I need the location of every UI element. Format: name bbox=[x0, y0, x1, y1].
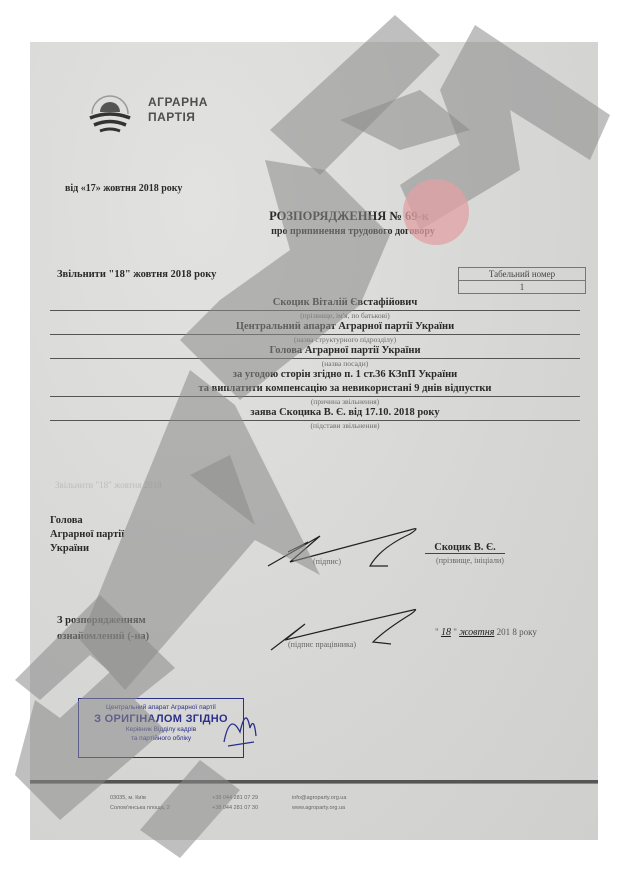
logo-line1: АГРАРНА bbox=[148, 95, 208, 110]
footer-contacts: info@agroparty.org.ua www.agroparty.org.… bbox=[292, 793, 346, 813]
footer-phones: +38 044 281 07 29 +38 044 281 07 30 bbox=[212, 793, 258, 813]
role-line1: Голова bbox=[50, 514, 124, 528]
address-line1: 03035, м. Київ bbox=[110, 793, 170, 803]
signatory-role: Голова Аграрної партії України bbox=[50, 514, 124, 556]
acknowledgement-date: " 18 " жовтня 201 8 року bbox=[435, 627, 537, 638]
order-title: РОЗПОРЯДЖЕННЯ № 69-к bbox=[30, 209, 598, 224]
role-line2: Аграрної партії bbox=[50, 528, 124, 542]
tab-number-label: Табельний номер bbox=[459, 268, 585, 280]
signatory-surname: Скоцик В. Є. bbox=[425, 542, 505, 554]
role-line3: України bbox=[50, 542, 124, 556]
employee-signature-caption: (підпис працівника) bbox=[288, 640, 356, 649]
field-value: Голова Аграрної партії України bbox=[50, 344, 580, 359]
logo-text: АГРАРНА ПАРТІЯ bbox=[148, 95, 208, 125]
logo-line2: ПАРТІЯ bbox=[148, 110, 208, 125]
address-line2: Солом'янська площа, 2 bbox=[110, 803, 170, 813]
stamp-line1: Центральний апарат Аграрної партії bbox=[79, 704, 243, 711]
phone-1: +38 044 281 07 29 bbox=[212, 793, 258, 803]
ack-day: 18 bbox=[441, 627, 451, 638]
stamp-line3: Керівник Відділу кадрів bbox=[79, 726, 243, 734]
ack-month: жовтня bbox=[459, 627, 494, 638]
order-subtitle: про припинення трудового договору bbox=[30, 226, 598, 237]
phone-2: +38 044 281 07 30 bbox=[212, 803, 258, 813]
footer-address: 03035, м. Київ Солом'янська площа, 2 bbox=[110, 793, 170, 813]
dismiss-date: Звільнити "18" жовтня 2018 року bbox=[57, 269, 216, 280]
website-link: www.agroparty.org.ua bbox=[292, 803, 346, 813]
field-position: Голова Аграрної партії України (назва по… bbox=[50, 344, 580, 369]
field-value: заява Скоцика В. Є. від 17.10. 2018 року bbox=[50, 406, 580, 421]
stamp-signature bbox=[220, 702, 260, 752]
field-basis: заява Скоцика В. Є. від 17.10. 2018 року… bbox=[50, 406, 580, 431]
surname-caption: (прізвище, ініціали) bbox=[420, 556, 520, 565]
email-link: info@agroparty.org.ua bbox=[292, 793, 346, 803]
signature-caption: (підпис) bbox=[313, 557, 341, 566]
field-value: та виплатити компенсацію за невикористан… bbox=[50, 382, 580, 397]
footer-divider bbox=[30, 780, 598, 784]
field-value-line1: за угодою сторін згідно п. 1 ст.36 КЗпП … bbox=[50, 368, 580, 382]
faint-bleed-text: Звільнити "18" жовтня 2018 bbox=[55, 480, 162, 490]
ack-line1: З розпорядженням bbox=[57, 613, 149, 629]
field-department: Центральний апарат Аграрної партії Украї… bbox=[50, 320, 580, 345]
agrarian-party-logo-icon bbox=[84, 84, 136, 136]
field-full-name: Скоцик Віталій Євстафійович (прізвище, і… bbox=[50, 296, 580, 321]
document-page: АГРАРНА ПАРТІЯ від «17» жовтня 2018 року… bbox=[30, 42, 598, 840]
acknowledgement-label: З розпорядженням ознайомлений (-на) bbox=[57, 613, 149, 645]
head-signature bbox=[260, 522, 430, 572]
stamp-line4: та партійного обліку bbox=[79, 735, 243, 743]
tab-number-value: 1 bbox=[459, 280, 585, 293]
ack-year: 201 8 року bbox=[497, 627, 537, 637]
field-caption: (підстави звільнення) bbox=[50, 421, 580, 431]
order-date: від «17» жовтня 2018 року bbox=[65, 183, 182, 194]
ack-line2: ознайомлений (-на) bbox=[57, 629, 149, 645]
tab-number-box: Табельний номер 1 bbox=[458, 267, 586, 294]
field-value: Центральний апарат Аграрної партії Украї… bbox=[50, 320, 580, 335]
field-reason: за угодою сторін згідно п. 1 ст.36 КЗпП … bbox=[50, 368, 580, 407]
stamp-line2: З ОРИГІНАЛОМ ЗГІДНО bbox=[79, 713, 243, 725]
field-value: Скоцик Віталій Євстафійович bbox=[50, 296, 580, 311]
